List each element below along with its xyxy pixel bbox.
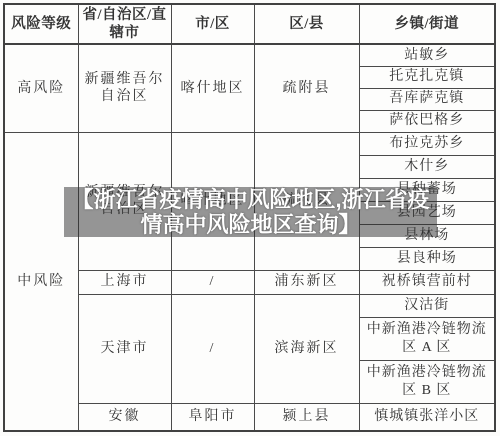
watermark-overlay: 【浙江省疫情高中风险地区,浙江省疫情高中风险地区查询】 (64, 187, 437, 237)
township-cell: 萨依巴格乡 (359, 110, 495, 132)
city-cell: 阜阳市 (171, 403, 254, 431)
risk-level-cell-high: 高风险 (4, 44, 78, 132)
township-cell: 县良种场 (359, 247, 495, 270)
township-cell: 托克扎克镇 (359, 66, 495, 88)
province-cell: 新疆维吾尔自治区 (78, 44, 171, 132)
city-cell: / (171, 294, 254, 403)
table-row: 安徽 阜阳市 颍上县 慎城镇张洋小区 (4, 403, 495, 431)
county-cell: 滨海新区 (254, 294, 359, 403)
risk-level-cell-medium: 中风险 (4, 132, 78, 431)
header-risk-level: 风险等级 (4, 4, 78, 44)
county-cell: 疏附县 (254, 44, 359, 132)
table-row: 高风险 新疆维吾尔自治区 喀什地区 疏附县 站敏乡 (4, 44, 495, 66)
county-cell: 浦东新区 (254, 270, 359, 294)
header-city: 市/区 (171, 4, 254, 44)
table-row: 天津市 / 滨海新区 汉沽街 (4, 294, 495, 317)
township-cell: 祝桥镇营前村 (359, 270, 495, 294)
province-cell: 上海市 (78, 270, 171, 294)
header-township: 乡镇/街道 (359, 4, 495, 44)
header-county: 区/县 (254, 4, 359, 44)
city-cell: 喀什地区 (171, 44, 254, 132)
county-cell: 颍上县 (254, 403, 359, 431)
province-cell: 天津市 (78, 294, 171, 403)
township-cell: 吾库萨克镇 (359, 88, 495, 110)
header-province: 省/自治区/直辖市 (78, 4, 171, 44)
township-cell: 布拉克苏乡 (359, 132, 495, 155)
township-cell: 木什乡 (359, 155, 495, 178)
watermark-text: 【浙江省疫情高中风险地区,浙江省疫情高中风险地区查询】 (66, 187, 435, 237)
province-cell: 安徽 (78, 403, 171, 431)
header-row: 风险等级 省/自治区/直辖市 市/区 区/县 乡镇/街道 (4, 4, 495, 44)
city-cell: / (171, 270, 254, 294)
township-cell: 慎城镇张洋小区 (359, 403, 495, 431)
table-row: 上海市 / 浦东新区 祝桥镇营前村 (4, 270, 495, 294)
table-row: 中风险 新疆维吾尔自治区 喀什地区 疏附县 布拉克苏乡 (4, 132, 495, 155)
risk-table-screenshot: 风险等级 省/自治区/直辖市 市/区 区/县 乡镇/街道 高风险 新疆维吾尔自治… (0, 0, 500, 436)
township-cell: 站敏乡 (359, 44, 495, 66)
township-cell: 汉沽街 (359, 294, 495, 317)
township-cell: 中新渔港冷链物流区 A 区 (359, 317, 495, 360)
township-cell: 中新渔港冷链物流区 B 区 (359, 360, 495, 403)
